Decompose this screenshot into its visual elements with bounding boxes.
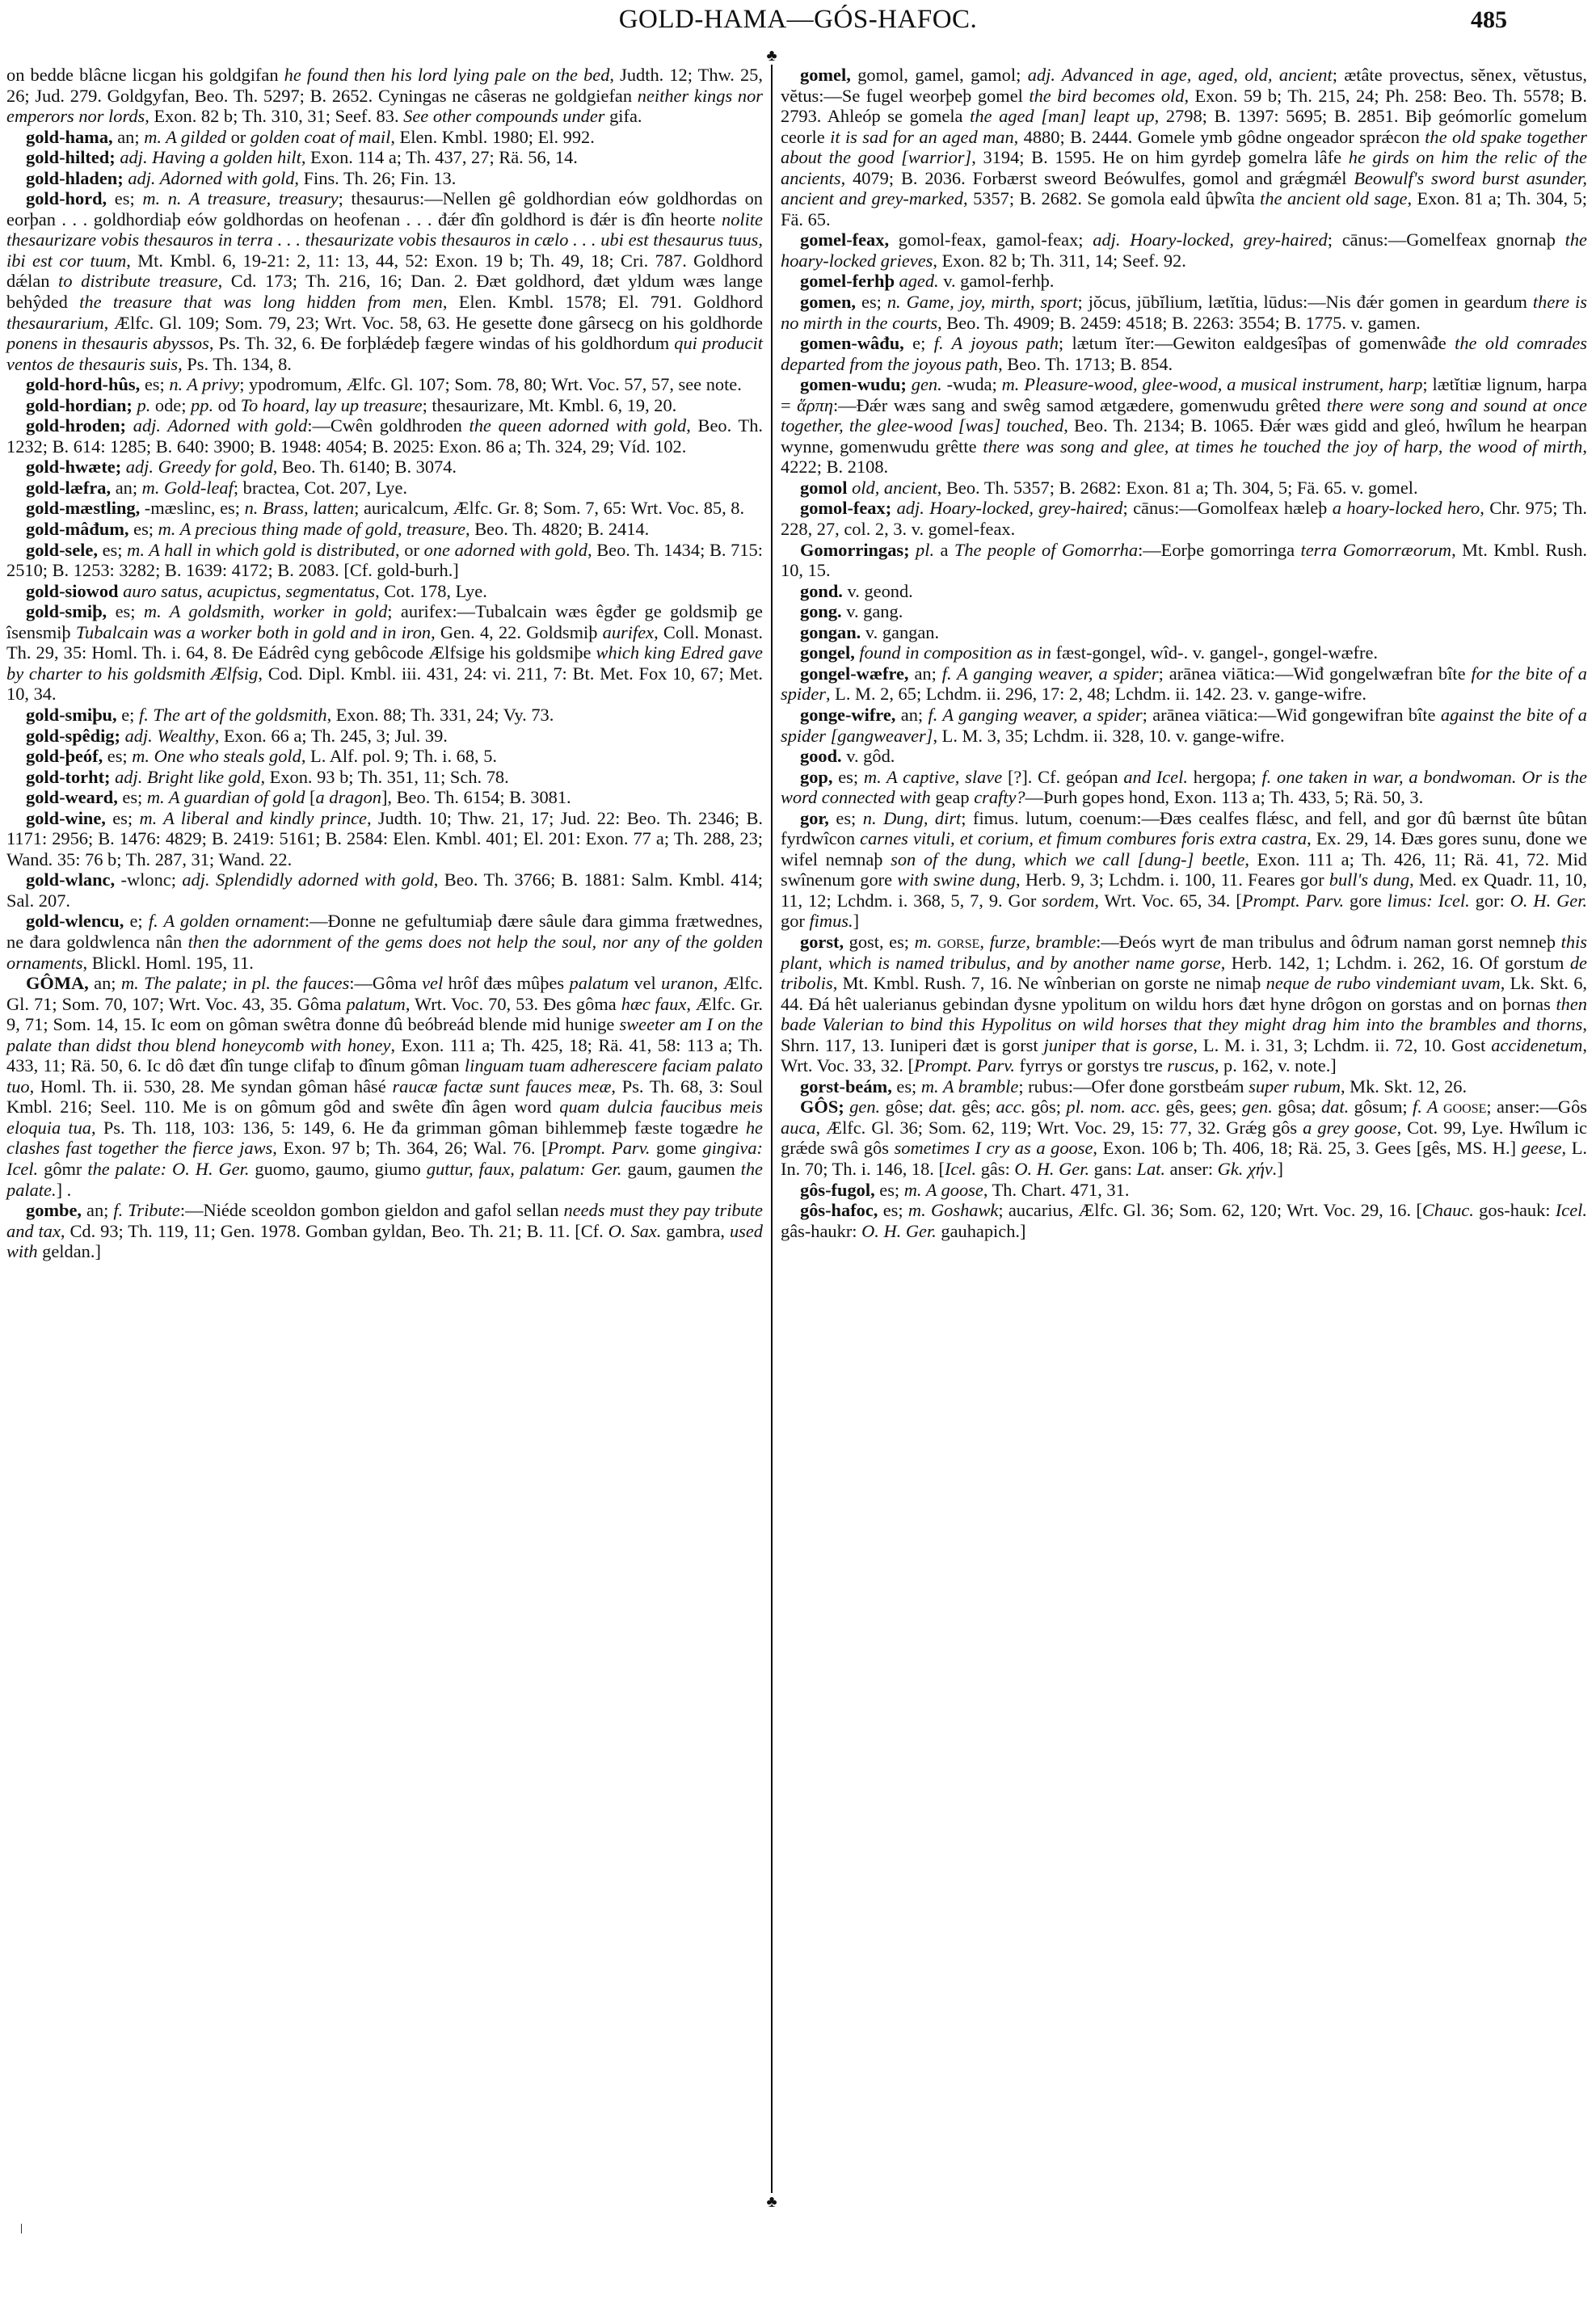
entry-text: es; <box>832 767 863 787</box>
italic-gloss: sordem <box>1042 890 1094 911</box>
dictionary-entry: gold-hilted; adj. Having a golden hilt, … <box>6 147 763 168</box>
italic-gloss: m. A hall in which gold is distributed <box>127 540 395 560</box>
italic-gloss: carnes vituli, et corium, et fimum combu… <box>860 828 1307 848</box>
italic-gloss: the queen adorned with gold <box>470 415 687 436</box>
entry-text: , Gen. 4, 22. Goldsmiþ <box>431 622 603 642</box>
entry-text: , L. Alf. pol. 9; Th. i. 68, 5. <box>301 746 497 766</box>
dictionary-entry: gomen-wudu; gen. -wuda; m. Pleasure-wood… <box>781 374 1587 478</box>
entry-text: v. gamol-ferhþ. <box>939 271 1055 291</box>
headword: gond. <box>800 581 843 601</box>
dictionary-entry: gomen-wâđu, e; f. A joyous path; lætum ĭ… <box>781 333 1587 374</box>
italic-gloss: m. n. A treasure, treasury <box>142 188 338 208</box>
italic-gloss: adj. Splendidly adorned with gold <box>182 869 433 890</box>
headword: gomen-wâđu, <box>800 333 904 353</box>
entry-continuation: on bedde blâcne licgan his goldgifan he … <box>6 65 763 127</box>
italic-gloss: thesaurarium <box>6 313 104 333</box>
entry-text: vel <box>629 973 661 993</box>
italic-gloss: acc. <box>996 1097 1025 1117</box>
entry-text: es; <box>106 808 140 828</box>
entry-text: geap <box>931 787 974 807</box>
dictionary-entry: gorst-beám, es; m. A bramble; rubus:—Ofe… <box>781 1076 1587 1097</box>
entry-text: , Cd. 93; Th. 119, 11; Gen. 1978. Gomban… <box>61 1221 609 1241</box>
italic-gloss: adj. Hoary-locked, grey-haired <box>897 498 1123 518</box>
italic-gloss: m. A bramble <box>921 1076 1018 1097</box>
headword: gomel-ferhþ <box>800 271 895 291</box>
dictionary-entry: gôs-fugol, es; m. A goose, Th. Chart. 47… <box>781 1180 1587 1201</box>
entry-text: gâs: <box>976 1159 1014 1179</box>
italic-gloss: m. One who steals gold <box>132 746 301 766</box>
entry-text: es; <box>875 1180 904 1200</box>
italic-gloss: m. Pleasure-wood, glee-wood, a musical i… <box>1002 374 1423 394</box>
entry-text: , Beo. Th. 4820; B. 2414. <box>465 519 649 539</box>
headword: gold-mæstling, <box>26 498 140 518</box>
entry-text: ; bractea, Cot. 207, Lye. <box>234 478 407 498</box>
dictionary-entry: gongel, found in composition as in fæst-… <box>781 642 1587 663</box>
entry-text: , Exon. 82 b; Th. 310, 31; Seef. 83. <box>145 106 403 126</box>
headword: gold-spêdig; <box>26 726 120 746</box>
entry-text: ] . <box>57 1180 72 1200</box>
italic-gloss: vel <box>422 973 443 993</box>
italic-gloss: m. A goldsmith, worker in gold <box>144 601 387 621</box>
italic-gloss: f. Tribute <box>113 1200 180 1220</box>
dictionary-entry: good. v. gôd. <box>781 746 1587 767</box>
entry-text: gor: <box>1470 890 1510 911</box>
italic-gloss: palatum <box>346 994 405 1014</box>
headword: gold-hord-hûs, <box>26 374 140 394</box>
dictionary-entry: gold-hord, es; m. n. A treasure, treasur… <box>6 188 763 374</box>
entry-text: , 4079; B. 2036. Forbærst sweord Beówulf… <box>841 168 1354 188</box>
entry-text: , Beo. Th. 6140; B. 3074. <box>273 457 457 477</box>
entry-text: , Homl. Th. ii. 530, 28. Me syndan gôman… <box>30 1076 393 1097</box>
italic-gloss: m. A goose <box>904 1180 983 1200</box>
italic-gloss: ruscus <box>1167 1055 1214 1076</box>
italic-gloss: adj. Greedy for gold <box>126 457 273 477</box>
headword: gomol <box>800 478 847 498</box>
entry-text: ode; <box>150 395 191 415</box>
dictionary-entry: gold-hwæte; adj. Greedy for gold, Beo. T… <box>6 457 763 478</box>
entry-text: gômr <box>38 1159 87 1179</box>
dictionary-entry: gold-þeóf, es; m. One who steals gold, L… <box>6 746 763 767</box>
entry-text: , Ps. Th. 118, 103: 136, 5: 149, 6. He đ… <box>91 1118 746 1138</box>
entry-text: ; ypodromum, Ælfc. Gl. 107; Som. 78, 80;… <box>239 374 742 394</box>
dictionary-entry: gold-læfra, an; m. Gold-leaf; bractea, C… <box>6 478 763 499</box>
entry-text: , L. M. 3, 35; Lchdm. ii. 328, 10. v. ga… <box>933 726 1284 746</box>
italic-gloss: Chauc. <box>1422 1200 1474 1220</box>
headword: gold-smiþu, <box>26 705 117 725</box>
entry-text: , Ælfc. Gl. 36; Som. 62, 119; Wrt. Voc. … <box>816 1118 1303 1138</box>
entry-text: , Mt. Kmbl. Rush. 7, 16. Ne wînberian on… <box>833 973 1266 993</box>
italic-gloss: the ancient old sage <box>1260 188 1407 208</box>
headword: gold-wlanc, <box>26 869 115 890</box>
entry-text: , Cot. 178, Lye. <box>375 581 487 601</box>
italic-gloss: and Icel. <box>1123 767 1188 787</box>
headword: gorst-beám, <box>800 1076 892 1097</box>
dictionary-entry: gomel-feax, gomol-feax, gamol-feax; adj.… <box>781 229 1587 271</box>
entry-text: , Beo. Th. 1713; B. 854. <box>998 354 1173 374</box>
italic-gloss: gen. <box>849 1097 880 1117</box>
italic-gloss: adj. Bright like gold <box>115 767 260 787</box>
italic-gloss: Icel. <box>945 1159 976 1179</box>
italic-gloss: O. H. Ger. <box>1014 1159 1089 1179</box>
entry-text: hergopa; <box>1188 767 1262 787</box>
italic-gloss: auca <box>781 1118 816 1138</box>
italic-gloss: juniper that is gorse <box>1043 1035 1193 1055</box>
right-column: gomel, gomol, gamel, gamol; adj. Advance… <box>781 65 1587 1241</box>
dictionary-entry: gold-hladen; adj. Adorned with gold, Fin… <box>6 168 763 189</box>
dictionary-entry: gold-siowod auro satus, acupictus, segme… <box>6 581 763 602</box>
italic-gloss: m. Goshawk <box>908 1200 998 1220</box>
italic-gloss: crafty? <box>974 787 1025 807</box>
dictionary-entry: gorst, gost, es; m. gorse, furze, brambl… <box>781 932 1587 1076</box>
entry-text: , <box>979 932 989 952</box>
entry-text: hrôf đæs mûþes <box>443 973 569 993</box>
italic-gloss: the aged [man] leapt up <box>970 106 1155 126</box>
entry-text: es; <box>103 746 132 766</box>
entry-text: gâs-haukr: <box>781 1221 861 1241</box>
italic-gloss: Prompt. Parv. <box>548 1138 651 1158</box>
headword: gomel-feax, <box>800 229 889 250</box>
entry-text: , Exon. 88; Th. 331, 24; Vy. 73. <box>327 705 554 725</box>
italic-gloss: m. The palate; in pl. the fauces <box>121 973 349 993</box>
headword: gongel-wæfre, <box>800 663 909 684</box>
italic-gloss: the palate: O. H. Ger. <box>87 1159 249 1179</box>
dictionary-entry: gongel-wæfre, an; f. A ganging weaver, a… <box>781 663 1587 705</box>
entry-text: ; thesaurizare, Mt. Kmbl. 6, 19, 20. <box>423 395 677 415</box>
italic-gloss: super rubum <box>1249 1076 1341 1097</box>
dictionary-entry: gold-hord-hûs, es; n. A privy; ypodromum… <box>6 374 763 395</box>
entry-text: , Beo. Th. 5357; B. 2682: Exon. 81 a; Th… <box>937 478 1418 498</box>
headword: gold-siowod <box>26 581 118 601</box>
headword: Gomorringas; <box>800 540 910 560</box>
italic-gloss: m. <box>915 932 933 952</box>
scan-artifact <box>21 2224 22 2233</box>
italic-gloss: sometimes I cry as a goose <box>895 1138 1093 1158</box>
italic-gloss: the bird becomes old <box>1029 86 1184 106</box>
italic-gloss: adj. Having a golden hilt <box>120 147 301 167</box>
italic-gloss: O. Sax. <box>609 1221 662 1241</box>
italic-gloss: The people of Gomorrha <box>954 540 1138 560</box>
dictionary-entry: gor, es; n. Dung, dirt; fimus. lutum, co… <box>781 808 1587 932</box>
entry-text: , Exon. 114 a; Th. 437, 27; Rä. 56, 14. <box>301 147 578 167</box>
entry-text: :—Đǽr wæs sang and swêg samod ætgædere, … <box>833 395 1327 415</box>
italic-gloss: n. A privy <box>169 374 239 394</box>
italic-gloss: Prompt. Parv. <box>914 1055 1015 1076</box>
entry-text: ], Beo. Th. 6154; B. 3081. <box>381 787 571 807</box>
italic-gloss: m. Gold-leaf <box>142 478 234 498</box>
entry-text: gomol, gamel, gamol; <box>851 65 1028 85</box>
entry-text: , 4880; B. 2444. Gomele ymb gôdne ongead… <box>1014 127 1425 147</box>
dictionary-entry: gomol-feax; adj. Hoary-locked, grey-hair… <box>781 498 1587 539</box>
entry-text: gês; <box>957 1097 996 1117</box>
entry-text: ] <box>853 911 859 931</box>
italic-gloss: p. <box>137 395 151 415</box>
italic-gloss: a grey goose <box>1303 1118 1396 1138</box>
italic-gloss: geese <box>1522 1138 1562 1158</box>
entry-text: fyrrys or gorstys tre <box>1015 1055 1167 1076</box>
entry-text: , Exon. 82 b; Th. 311, 14; Seef. 92. <box>933 250 1185 271</box>
dictionary-entry: gold-smiþ, es; m. A goldsmith, worker in… <box>6 601 763 705</box>
italic-gloss: n. Brass, latten <box>245 498 355 518</box>
entry-text: gome <box>651 1138 703 1158</box>
dictionary-entry: gold-sele, es; m. A hall in which gold i… <box>6 540 763 581</box>
entry-text: , L. M. 2, 65; Lchdm. ii. 296, 17: 2, 48… <box>826 684 1366 704</box>
entry-text: gôsum; <box>1349 1097 1413 1117</box>
italic-gloss: m. A liberal and kindly prince <box>139 808 367 828</box>
headword: gor, <box>800 808 829 828</box>
dictionary-entry: gold-hama, an; m. A gilded or golden coa… <box>6 127 763 148</box>
headword: gold-hwæte; <box>26 457 121 477</box>
entry-text: , Exon. 93 b; Th. 351, 11; Sch. 78. <box>260 767 508 787</box>
page-title: GOLD-HAMA—GÓS-HAFOC. <box>0 5 1596 35</box>
dictionary-entry: Gomorringas; pl. a The people of Gomorrh… <box>781 540 1587 581</box>
dictionary-entry: gold-smiþu, e; f. The art of the goldsmi… <box>6 705 763 726</box>
italic-gloss: golden coat of mail <box>251 127 391 147</box>
italic-gloss: aurifex <box>603 622 654 642</box>
entry-text: ] <box>1277 1159 1282 1179</box>
dictionary-entry: gop, es; m. A captive, slave [?]. Cf. ge… <box>781 767 1587 808</box>
dictionary-entry: gonge-wifre, an; f. A ganging weaver, a … <box>781 705 1587 746</box>
entry-text: , or <box>395 540 424 560</box>
entry-text: , Mk. Skt. 12, 26. <box>1341 1076 1467 1097</box>
entry-text: :—Gôma <box>349 973 422 993</box>
entry-text: , Exon. 106 b; Th. 406, 18; Rä. 25, 3. G… <box>1093 1138 1521 1158</box>
headword: gong. <box>800 601 842 621</box>
page-number: 485 <box>1471 6 1507 34</box>
italic-gloss: raucæ factæ sunt fauces meæ <box>392 1076 611 1097</box>
entry-text: an; <box>89 973 121 993</box>
italic-gloss: Gk. χήν. <box>1218 1159 1278 1179</box>
entry-text: -mæslinc, es; <box>140 498 244 518</box>
entry-text: gans: <box>1089 1159 1136 1179</box>
entry-text: gomol-feax, gamol-feax; <box>889 229 1093 250</box>
dictionary-entry: gold-weard, es; m. A guardian of gold [a… <box>6 787 763 808</box>
italic-gloss: neque de rubo vindemiant uvam <box>1266 973 1501 993</box>
italic-gloss: f. A joyous path <box>934 333 1059 353</box>
running-head: GOLD-HAMA—GÓS-HAFOC. 485 <box>0 3 1596 44</box>
entry-text: —Þurh gopes hond, Exon. 113 a; Th. 433, … <box>1025 787 1424 807</box>
left-column: on bedde blâcne licgan his goldgifan he … <box>6 65 763 1262</box>
italic-gloss: a dragon <box>315 787 381 807</box>
entry-text: , Fins. Th. 26; Fin. 13. <box>294 168 456 188</box>
headword: gold-wine, <box>26 808 106 828</box>
italic-gloss: n. Game, joy, mirth, sport <box>887 292 1078 312</box>
entry-text: , Herb. 142, 1; Lchdm. i. 262, 16. Of go… <box>1221 953 1570 973</box>
italic-gloss: pp. <box>191 395 213 415</box>
dictionary-entry: gold-torht; adj. Bright like gold, Exon.… <box>6 767 763 788</box>
entry-text: , Ps. Th. 32, 6. Đe forþlǽdeþ fægere win… <box>209 333 674 353</box>
italic-gloss: O. H. Ger. <box>861 1221 937 1241</box>
italic-gloss: limus: Icel. <box>1388 890 1470 911</box>
entry-text: ; arānea viātica:—Wiđ gongelwæfran bîte <box>1159 663 1472 684</box>
italic-gloss: fimus. <box>809 911 853 931</box>
headword: gold-hladen; <box>26 168 124 188</box>
entry-text: e; <box>117 705 139 725</box>
entry-text: ; rubus:—Ofer đone gorstbeám <box>1018 1076 1249 1097</box>
entry-text: guomo, gaumo, giumo <box>249 1159 426 1179</box>
headword: GÔMA, <box>26 973 89 993</box>
italic-gloss: m. A captive, slave <box>864 767 1002 787</box>
entry-text: ; cānus:—Gomelfeax gnornaþ <box>1328 229 1565 250</box>
headword: gold-smiþ, <box>26 601 107 621</box>
italic-gloss: dat. <box>929 1097 956 1117</box>
entry-text: , Ps. Th. 134, 8. <box>178 354 292 374</box>
divider-ornament-bottom-icon: ♣ <box>762 2193 781 2211</box>
italic-gloss: n. Dung, dirt <box>863 808 962 828</box>
entry-text: ; jŏcus, jūbĭlium, lætĭtia, lūdus:—Nis đ… <box>1078 292 1533 312</box>
entry-text: , Wrt. Voc. 70, 53. Đes gôma <box>406 994 621 1014</box>
entry-text <box>910 540 916 560</box>
dictionary-entry: gold-spêdig; adj. Wealthy, Exon. 66 a; T… <box>6 726 763 747</box>
headword: gold-hroden; <box>26 415 126 436</box>
headword: gombe, <box>26 1200 82 1220</box>
italic-gloss: Prompt. Parv. <box>1242 890 1344 911</box>
italic-gloss: terra Gomorræorum <box>1301 540 1452 560</box>
italic-gloss: To hoard, lay up treasure <box>241 395 423 415</box>
dictionary-entry: gold-mæstling, -mæslinc, es; n. Brass, l… <box>6 498 763 519</box>
headword: GÔS; <box>800 1097 844 1117</box>
italic-gloss: f. A <box>1413 1097 1438 1117</box>
italic-gloss: pl. <box>916 540 934 560</box>
italic-gloss: guttur, faux, palatum: Ger. <box>427 1159 622 1179</box>
entry-text: es; <box>129 519 158 539</box>
italic-gloss: O. H. Ger. <box>1510 890 1587 911</box>
italic-gloss: Tubalcain was a worker both in gold and … <box>76 622 431 642</box>
entry-text: od <box>213 395 241 415</box>
entry-text: , p. 162, v. note.] <box>1215 1055 1337 1076</box>
entry-text: es; <box>118 787 147 807</box>
italic-gloss: adj. Wealthy <box>125 726 215 746</box>
italic-gloss: uranon <box>661 973 714 993</box>
italic-gloss: auro satus, acupictus, segmentatus <box>123 581 375 601</box>
entry-text: v. gangan. <box>861 622 939 642</box>
entry-text: es; <box>856 292 887 312</box>
entry-text: es; <box>98 540 127 560</box>
entry-text: gifa. <box>605 106 642 126</box>
entry-text: v. gôd. <box>842 746 895 766</box>
dictionary-entry: gomel, gomol, gamel, gamol; adj. Advance… <box>781 65 1587 229</box>
entry-text: fæst-gongel, wîd-. v. gangel-, gongel-wæ… <box>1051 642 1378 663</box>
entry-text: :—Eorþe gomorringa <box>1138 540 1300 560</box>
entry-text: :—Niéde sceoldon gombon gieldon and gafo… <box>180 1200 564 1220</box>
entry-text: es; <box>892 1076 921 1097</box>
dictionary-entry: gôs-hafoc, es; m. Goshawk; aucarius, Ælf… <box>781 1200 1587 1241</box>
italic-gloss: f. The art of the goldsmith <box>139 705 327 725</box>
entry-text: :—Cwên goldhroden <box>307 415 469 436</box>
headword: gold-sele, <box>26 540 98 560</box>
italic-gloss: gen. <box>912 374 942 394</box>
italic-gloss: son of the dung, which we call [dung-] b… <box>891 849 1244 869</box>
headword: gold-wlencu, <box>26 911 124 931</box>
headword: gold-hama, <box>26 127 113 147</box>
entry-text: on bedde blâcne licgan his goldgifan <box>6 65 284 85</box>
entry-text: es; <box>878 1200 908 1220</box>
headword: gomen, <box>800 292 856 312</box>
small-caps-word: goose <box>1443 1097 1486 1117</box>
entry-text: es; <box>140 374 169 394</box>
entry-text: :—Đeós wyrt đe man tribulus and ôđrum na… <box>1096 932 1561 952</box>
headword: gongel, <box>800 642 855 663</box>
entry-text: , Ælfc. Gl. 109; Som. 79, 23; Wrt. Voc. … <box>104 313 763 333</box>
entry-text: gore <box>1344 890 1388 911</box>
entry-text: [ <box>305 787 315 807</box>
italic-gloss: there was song and glee, at times he tou… <box>983 436 1582 457</box>
entry-text: gos-hauk: <box>1474 1200 1556 1220</box>
italic-gloss: hæc faux <box>621 994 687 1014</box>
entry-text: , Elen. Kmbl. 1578; El. 791. Goldhord <box>443 292 763 312</box>
entry-text: ; lætum ĭter:—Gewiton ealdgesîþas of gom… <box>1059 333 1455 353</box>
entry-text: , Wrt. Voc. 65, 34. [ <box>1094 890 1241 911</box>
dictionary-entry: gomen, es; n. Game, joy, mirth, sport; j… <box>781 292 1587 333</box>
entry-text: es; <box>829 808 863 828</box>
entry-text: e; <box>124 911 149 931</box>
italic-gloss: it is sad for an aged man <box>830 127 1014 147</box>
dictionary-entry: gold-hroden; adj. Adorned with gold:—Cwê… <box>6 415 763 457</box>
italic-gloss: dat. <box>1321 1097 1349 1117</box>
entry-text: , Beo. Th. 4909; B. 2459: 4518; B. 2263:… <box>937 313 1421 333</box>
dictionary-entry: gomol old, ancient, Beo. Th. 5357; B. 26… <box>781 478 1587 499</box>
entry-text: gaum, gaumen <box>622 1159 741 1179</box>
dictionary-entry: gombe, an; f. Tribute:—Niéde sceoldon go… <box>6 1200 763 1262</box>
dictionary-entry: gong. v. gang. <box>781 601 1587 622</box>
dictionary-entry: gold-hordian; p. ode; pp. od To hoard, l… <box>6 395 763 416</box>
entry-text: gost, es; <box>844 932 914 952</box>
italic-gloss: f. A ganging weaver, a spider <box>929 705 1143 725</box>
column-divider <box>771 58 773 2201</box>
divider-ornament-top-icon: ♣ <box>762 47 781 65</box>
entry-text: ; anser:—Gôs <box>1486 1097 1587 1117</box>
entry-text: es; <box>107 601 144 621</box>
dictionary-entry: gold-mâđum, es; m. A precious thing made… <box>6 519 763 540</box>
entry-text: -wuda; <box>942 374 1002 394</box>
entry-text: an; <box>909 663 942 684</box>
italic-gloss: found in composition as in <box>859 642 1051 663</box>
italic-gloss: he found then his lord lying pale on the… <box>284 65 610 85</box>
italic-gloss: Lat. <box>1137 1159 1165 1179</box>
entry-text: an; <box>111 478 142 498</box>
headword: gold-torht; <box>26 767 110 787</box>
entry-text: geldan.] <box>38 1241 101 1261</box>
entry-text: an; <box>895 705 928 725</box>
entry-text: gôse; <box>880 1097 929 1117</box>
italic-gloss: adj. Adorned with gold <box>133 415 307 436</box>
italic-gloss: bull's dung <box>1329 869 1409 890</box>
entry-text: , Blickl. Homl. 195, 11. <box>83 953 254 973</box>
italic-gloss: furze, bramble <box>990 932 1097 952</box>
italic-gloss: m. A gilded <box>144 127 226 147</box>
italic-gloss: adj. Adorned with gold <box>128 168 294 188</box>
entry-text: e; <box>904 333 934 353</box>
italic-gloss: pl. nom. acc. <box>1066 1097 1160 1117</box>
headword: gold-hordian; <box>26 395 133 415</box>
italic-gloss: adj. Hoary-locked, grey-haired <box>1093 229 1327 250</box>
entry-text: ; aucarius, Ælfc. Gl. 36; Som. 62, 120; … <box>998 1200 1421 1220</box>
entry-text: -wlonc; <box>115 869 182 890</box>
entry-text: ; arānea viātica:—Wiđ gongewifran bîte <box>1143 705 1441 725</box>
italic-gloss: See other compounds under <box>403 106 604 126</box>
entry-text: , L. M. i. 31, 3; Lchdm. ii. 72, 10. Gos… <box>1193 1035 1491 1055</box>
entry-text: , Th. Chart. 471, 31. <box>983 1180 1130 1200</box>
entry-text: anser: <box>1165 1159 1218 1179</box>
entry-text: ; cānus:—Gomolfeax hæleþ <box>1122 498 1332 518</box>
headword: good. <box>800 746 842 766</box>
entry-text: , 3194; B. 1595. He on him gyrdeþ gomelr… <box>971 147 1349 167</box>
italic-gloss: ponens in thesauris abyssos <box>6 333 209 353</box>
entry-text: v. geond. <box>843 581 913 601</box>
headword: gôs-fugol, <box>800 1180 875 1200</box>
entry-text: gôsa; <box>1273 1097 1321 1117</box>
entry-text: gês, gees; <box>1160 1097 1242 1117</box>
italic-gloss: palatum <box>570 973 629 993</box>
